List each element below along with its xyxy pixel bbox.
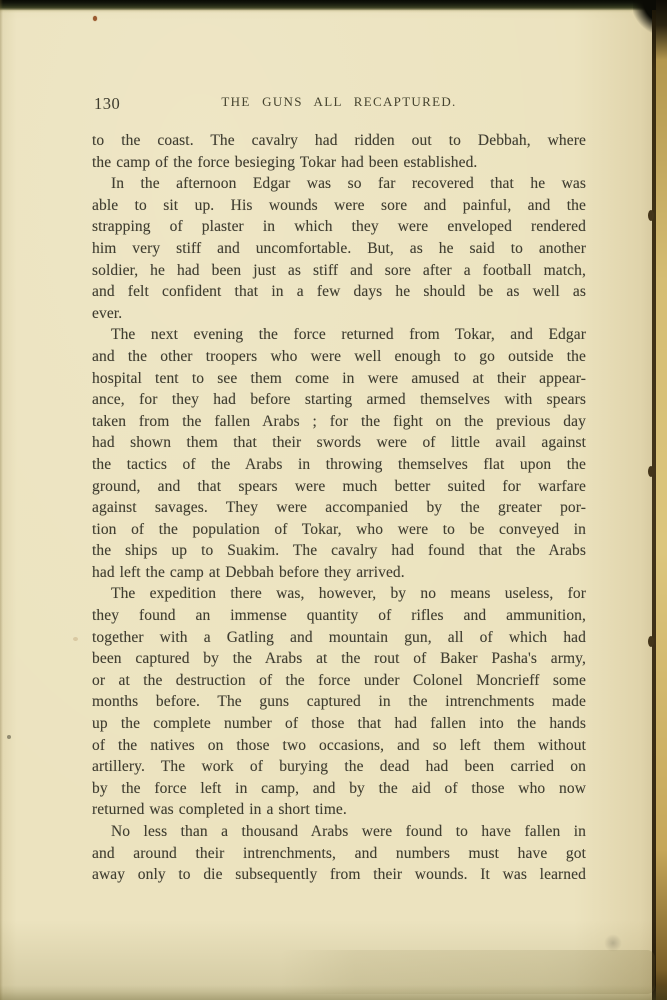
- text-line: ever.: [92, 303, 586, 325]
- text-line: been captured by the Arabs at the rout o…: [92, 648, 586, 670]
- text-line: returned was completed in a short time.: [92, 799, 586, 821]
- text-line: by the force left in camp, and by the ai…: [92, 778, 586, 800]
- paper-speck: [7, 735, 11, 739]
- paper-speck: [93, 16, 97, 21]
- text-line: they found an immense quantity of rifles…: [92, 605, 586, 627]
- text-line: hospital tent to see them come in were a…: [92, 368, 586, 390]
- text-line: The expedition there was, however, by no…: [92, 583, 586, 605]
- left-edge-shadow: [0, 0, 3, 1000]
- text-line: The next evening the force returned from…: [92, 324, 586, 346]
- text-line: artillery. The work of burying the dead …: [92, 756, 586, 778]
- page-edge-notch: [648, 466, 654, 477]
- text-line: the camp of the force besieging Tokar ha…: [92, 152, 586, 174]
- page-edge-notch: [648, 636, 654, 647]
- text-line: strapping of plaster in which they were …: [92, 216, 586, 238]
- page-edge-notch: [648, 210, 654, 221]
- text-line: No less than a thousand Arabs were found…: [92, 821, 586, 843]
- text-line: In the afternoon Edgar was so far recove…: [92, 173, 586, 195]
- text-line: ground, and that spears were much better…: [92, 476, 586, 498]
- text-line: soldier, he had been just as stiff and s…: [92, 260, 586, 282]
- text-line: the ships up to Suakim. The cavalry had …: [92, 540, 586, 562]
- book-bottom-edge-shadow: [0, 985, 667, 1000]
- text-line: and around their intrenchments, and numb…: [92, 843, 586, 865]
- text-line: or at the destruction of the force under…: [92, 670, 586, 692]
- printed-page-content: 130 THE GUNS ALL RECAPTURED. to the coas…: [92, 94, 586, 110]
- text-line: him very stiff and uncomfortable. But, a…: [92, 238, 586, 260]
- scanned-book-page: 130 THE GUNS ALL RECAPTURED. to the coas…: [0, 0, 667, 1000]
- text-line: ance, for they had before starting armed…: [92, 389, 586, 411]
- text-line: away only to die subsequently from their…: [92, 864, 586, 886]
- text-block: to the coast. The cavalry had ridden out…: [92, 130, 586, 886]
- text-line: together with a Gatling and mountain gun…: [92, 627, 586, 649]
- next-page-edge: [656, 0, 667, 1000]
- text-line: up the complete number of those that had…: [92, 713, 586, 735]
- text-line: had left the camp at Debbah before they …: [92, 562, 586, 584]
- text-line: taken from the fallen Arabs ; for the fi…: [92, 411, 586, 433]
- text-line: of the natives on those two occasions, a…: [92, 735, 586, 757]
- paper-smudge: [604, 934, 622, 952]
- text-line: had shown them that their swords were of…: [92, 432, 586, 454]
- text-line: to the coast. The cavalry had ridden out…: [92, 130, 586, 152]
- text-line: the tactics of the Arabs in throwing the…: [92, 454, 586, 476]
- text-line: tion of the population of Tokar, who wer…: [92, 519, 586, 541]
- text-line: and the other troopers who were well eno…: [92, 346, 586, 368]
- paper-speck: [73, 637, 78, 641]
- text-line: able to sit up. His wounds were sore and…: [92, 195, 586, 217]
- running-header: THE GUNS ALL RECAPTURED.: [92, 94, 586, 110]
- text-line: months before. The guns captured in the …: [92, 691, 586, 713]
- book-top-edge-shadow: [0, 0, 667, 13]
- page-number: 130: [94, 94, 120, 114]
- text-line: and felt confident that in a few days he…: [92, 281, 586, 303]
- text-line: against savages. They were accompanied b…: [92, 497, 586, 519]
